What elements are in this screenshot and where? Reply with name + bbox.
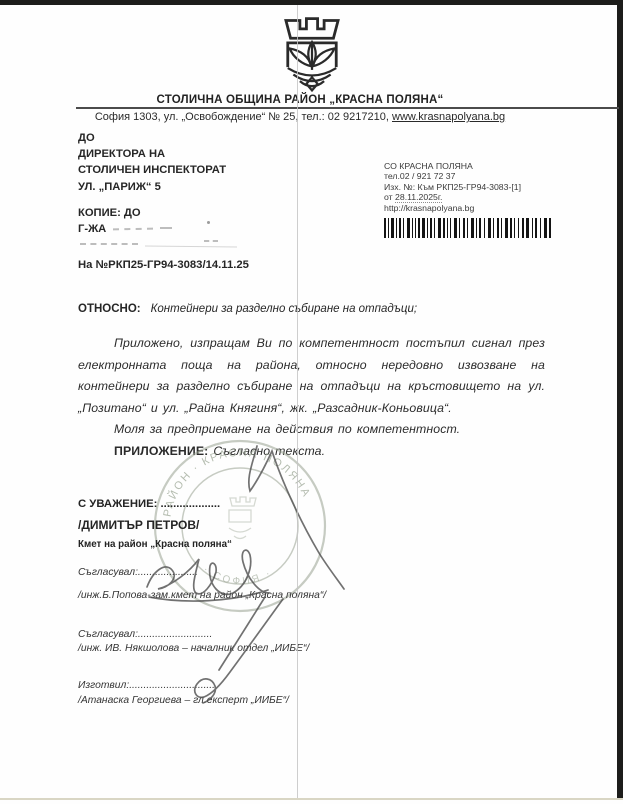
recipient-line-to: ДО (78, 130, 226, 146)
redacted-text (80, 243, 138, 245)
recipient-line-inspectorate: СТОЛИЧЕН ИНСПЕКТОРАТ (78, 162, 226, 178)
coat-of-arms-icon (268, 14, 356, 96)
round-seal-arc-bottom-text: ∙ СОФИЯ ∙ (201, 564, 274, 587)
barcode (384, 218, 553, 238)
recipient-line-director: ДИРЕКТОРА НА (78, 146, 226, 162)
subject-label: ОТНОСНО: (78, 303, 141, 315)
redacted-text (160, 227, 172, 229)
registry-org: СО КРАСНА ПОЛЯНА (384, 161, 564, 171)
subject-line: ОТНОСНО:Контейнери за разделно събиране … (78, 303, 417, 315)
scanned-letter-page: СТОЛИЧНА ОБЩИНА РАЙОН „КРАСНА ПОЛЯНА“ Со… (0, 0, 623, 804)
scan-fold-line (297, 5, 298, 798)
redacted-text (204, 240, 218, 242)
address-text: София 1303, ул. „Освобождение“ № 25, тел… (95, 111, 392, 123)
scan-edge-top (0, 0, 623, 5)
header-divider (76, 107, 619, 109)
scan-edge-right (617, 0, 623, 799)
round-seal-inner-emblem (229, 497, 256, 539)
registry-out-number: Изх. №: Към РКП25-ГР94-3083-[1] (384, 182, 564, 192)
website-link: www.krasnapolyana.bg (392, 111, 505, 123)
approval-1-name: /инж.Б.Попова-зам.кмет на район „Красна … (78, 590, 326, 601)
preparer-label: Изготвил:.............................. (78, 680, 215, 691)
registry-date-line: от 28.11.2025г. (384, 192, 564, 202)
approval-2-label: Съгласувал:.......................... (78, 629, 212, 640)
recipient-block: ДО ДИРЕКТОРА НА СТОЛИЧЕН ИНСПЕКТОРАТ УЛ.… (78, 130, 226, 237)
registry-date-prefix: от (384, 192, 395, 202)
body-paragraph-1: Приложено, изпращам Ви по компетентност … (78, 333, 545, 419)
preparer-name: /Атанаска Георгиева – гл.експерт „ИИБЕ“/ (78, 695, 289, 706)
registry-stamp: СО КРАСНА ПОЛЯНА тел.02 / 921 72 37 Изх.… (384, 161, 564, 238)
registry-url: http://krasnapolyana.bg (384, 203, 564, 213)
approval-2-name: /инж. ИВ. Някшолова – началник отдел „ИИ… (78, 643, 309, 654)
org-address-line: София 1303, ул. „Освобождение“ № 25, тел… (0, 111, 600, 123)
signature-block: С УВАЖЕНИЕ: ................... /ДИМИТЪР… (78, 498, 232, 550)
subject-text: Контейнери за разделно събиране на отпад… (151, 303, 417, 315)
scan-edge-bottom (0, 798, 623, 800)
registry-date: 28.11.2025г. (395, 192, 442, 203)
signatory-name: /ДИМИТЪР ПЕТРОВ/ (78, 518, 232, 532)
svg-text:∙ СОФИЯ ∙: ∙ СОФИЯ ∙ (201, 564, 274, 587)
approval-1-label: Съгласувал:..................... (78, 567, 198, 578)
redacted-text (207, 221, 210, 224)
reference-number-line: На №РКП25-ГР94-3083/14.11.25 (78, 259, 249, 271)
registry-phone: тел.02 / 921 72 37 (384, 171, 564, 181)
redacted-text (145, 246, 237, 248)
copy-to-line: КОПИЕ: ДО (78, 205, 226, 221)
regards-line: С УВАЖЕНИЕ: ................... (78, 498, 232, 510)
recipient-line-street: УЛ. „ПАРИЖ“ 5 (78, 179, 226, 195)
signatory-position: Кмет на район „Красна поляна“ (78, 539, 232, 550)
